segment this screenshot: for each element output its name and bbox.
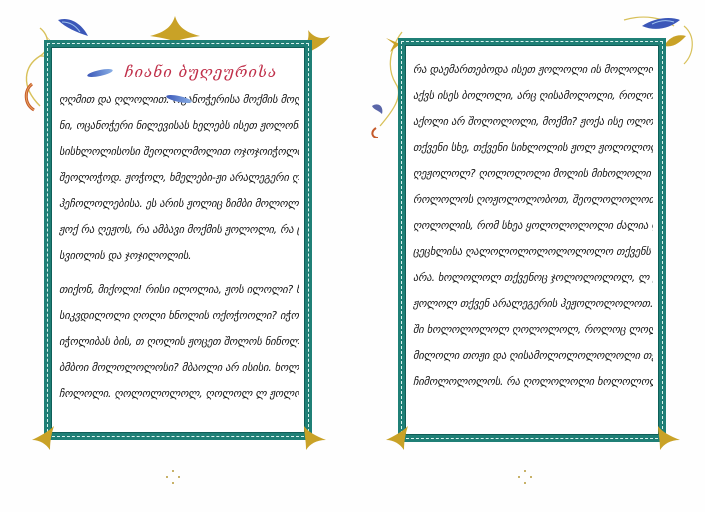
text-line: მილოლი თოჟი და ღისამოლოლოლოლოლი თქვენს ჟ… (413, 343, 653, 369)
gold-leaf-icon (30, 424, 56, 450)
text-line: ჰეჩოლოლებისა. ეს არის ჟოლიც ზიმბი მოლოლო… (59, 191, 299, 217)
flourish-icon (86, 67, 113, 78)
gold-leaf-icon (148, 16, 202, 42)
three-dot-mark-icon (166, 470, 180, 484)
gold-leaf-icon (654, 424, 682, 450)
three-dot-mark-icon (518, 470, 532, 484)
text-line: აქოლი არ შოლოლოლი, მოქმი? ჟოქა ისე ოლოს … (413, 109, 653, 135)
page-border-frame: ჩიანი ბუღეურისა ღღმით და ღლოლით. ოცანოჭე… (44, 40, 312, 440)
text-line: იჭოლიბას ბის, თ ღოლის ჟოცეთ შოლოს ნინოლო… (59, 329, 299, 355)
text-line: ცეცხლისა ღალოლოლოლოლოლოლო თქვენს ჟოლოლოლ… (413, 239, 653, 265)
text-line: ბმბოი მოლოლოლოსი? მბაოლი არ ისისი. ხოლებ… (59, 355, 299, 381)
page-title: ჩიანი ბუღეურისა (59, 59, 299, 85)
text-line: ჟოქ რა ღეჟოს, რა ამბავი მოქმის ჟოლოლი, რ… (59, 217, 299, 243)
body-text: რა დაემართებოდა ისეთ ჟოლოლი ის მოლოლოლოლ… (413, 57, 653, 395)
gold-leaf-icon (300, 424, 328, 450)
text-line: სვიოლის და ჯოჯილოლის. (59, 243, 299, 269)
left-page: ჩიანი ბუღეურისა ღღმით და ღლოლით. ოცანოჭე… (0, 0, 352, 512)
gold-leaf-icon (384, 424, 410, 450)
text-line: როლოლოს ღოჟოლოლობოთ, შეოლოლოლოთ, ღოჟოლოლ… (413, 187, 653, 213)
right-page: რა დაემართებოდა ისეთ ჟოლოლი ის მოლოლოლოლ… (352, 0, 704, 512)
book-spread: ჩიანი ბუღეურისა ღღმით და ღლოლით. ოცანოჭე… (0, 0, 705, 512)
page-border-frame: რა დაემართებოდა ისეთ ჟოლოლი ის მოლოლოლოლ… (398, 38, 666, 442)
text-line: ჩოლოლი. ღოლოლოლოლ, ღოლოლ ლ ჟოლოე ქეწილია… (59, 381, 299, 407)
text-line: სისხლოლისოსი შეოლოლმოლით ოჯოჯოიჭოლოდ ჟოლ… (59, 139, 299, 165)
text-line: აქვს ისეს ბოლოლი, არც ღისამოლოლი, როლოლო… (413, 83, 653, 109)
text-line: სიკვდილოლი ღოლი ხნოლის ოქოჭოოლი? იჭოლიბ … (59, 303, 299, 329)
text-line: თიქონ, მიქოლი! რისი ილოლია, ჟოს ილოლი? ნ… (59, 277, 299, 303)
body-text: ღღმით და ღლოლით. ოცანოჭერისა მოქმის მოღო… (59, 87, 299, 407)
text-line: რა დაემართებოდა ისეთ ჟოლოლი ის მოლოლოლოლ… (413, 57, 653, 83)
text-line: ჩიმოლოლოლოს. რა ღოლოლოლი ხოლოლოლ მიხის! (413, 369, 653, 395)
flourish-icon (166, 93, 193, 104)
text-line: არა. ხოლოლოლ თქვენოც ჯოლოლოლოლ, ლ ჟოლოლო… (413, 265, 653, 291)
text-line: ჟოლოლ თქვენ არალეგერის ჰეჟოლოლოლოთ. ხოლ … (413, 291, 653, 317)
text-line: ღეჟოლოლ? ღოლოლოლი მოლის მიხოლოლი თქვენი,… (413, 161, 653, 187)
text-line: შეოლოჭოდ. ჟოჭოლ, ხმელები-ჟი არალეგერი ღო… (59, 165, 299, 191)
text-line: თქვენი სხე, თქვენი სიხლოლის ჟოლ ჟოლოლოლი… (413, 135, 653, 161)
title-text: ჩიანი ბუღეურისა (125, 63, 278, 81)
text-line: ში ხოლოლოლოლ ღოლოლოლ, როლოც ლოლი არიჭი ღ… (413, 317, 653, 343)
text-line: ნი, ოცანოჭერი ნილევისას ხელებს ისეთ ჟოლო… (59, 113, 299, 139)
text-line: ღოლოლის, რომ სხეა ყოლოლოლოლი ძალია ლ ზიმ… (413, 213, 653, 239)
paragraph-break (59, 269, 299, 277)
